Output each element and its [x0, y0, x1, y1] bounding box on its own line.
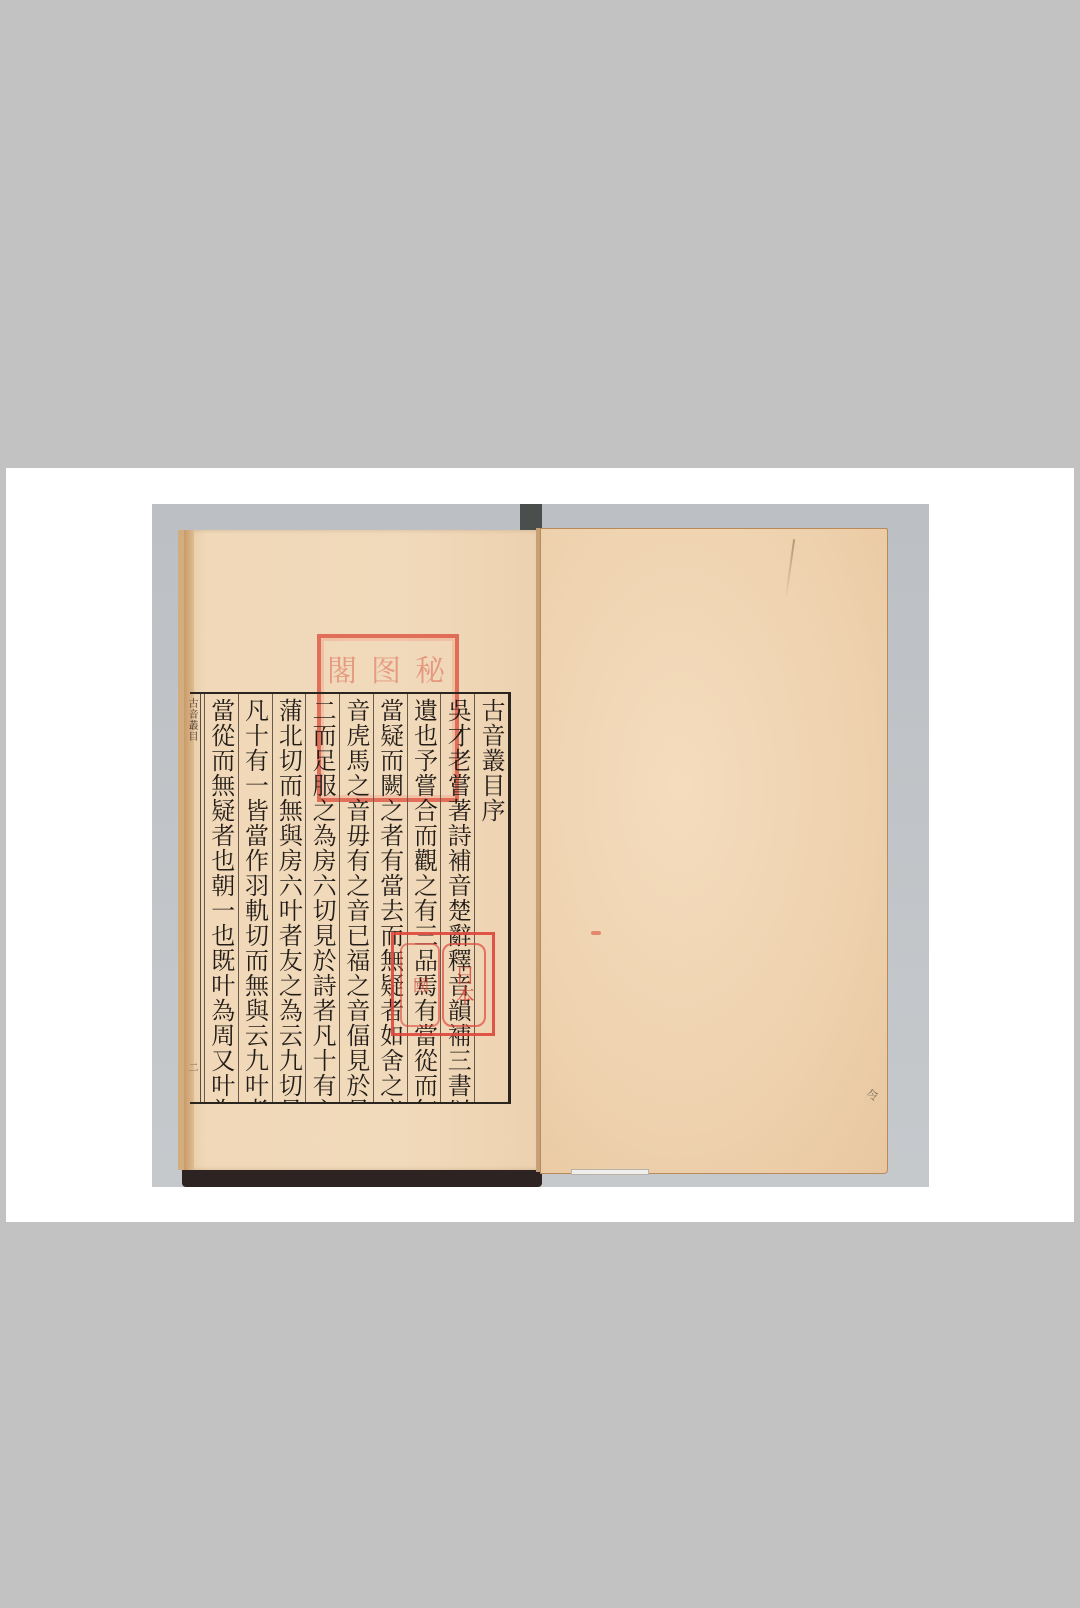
- text-column: 吳才老嘗著詩補音楚辭釋音韻補三書以見古音之: [440, 694, 474, 1102]
- paper-crease: [785, 539, 795, 599]
- right-page-blank: 令: [540, 528, 888, 1174]
- red-ink-speck: [591, 931, 601, 935]
- spine-shadow: [520, 504, 542, 530]
- margin-title: 古音叢目: [184, 698, 199, 742]
- text-column: 遺也予嘗合而觀之有三品焉有當從而無疑者有: [407, 694, 441, 1102]
- text-column: 音虎馬之音毋有之音已福之音偪見於易象不一: [339, 694, 373, 1102]
- text-column: 蒲北切而無與房六叶者友之為云九切見於詩者: [272, 694, 306, 1102]
- seal-glyph: 图: [371, 646, 401, 690]
- seal-glyph: 秘: [415, 646, 445, 690]
- left-page: 閣 图 秘 古音叢目 二 古音叢目序 吳才老嘗著詩補音楚辭釋音韻補三書以見古音之…: [178, 530, 542, 1170]
- corner-mark: 令: [864, 1089, 881, 1101]
- printed-text-block: 古音叢目 二 古音叢目序 吳才老嘗著詩補音楚辭釋音韻補三書以見古音之 遺也予嘗合…: [190, 692, 511, 1104]
- seal-left-panel: 國: [400, 943, 440, 1027]
- text-column: 凡十有一皆當作羽軌切而無與云九叶者此類: [238, 694, 272, 1102]
- text-column: 當疑而闕之者有當去而無疑者如舍之音署下之: [373, 694, 407, 1102]
- text-column-title: 古音叢目序: [474, 694, 508, 1102]
- block-margin-center: 古音叢目 二: [186, 694, 201, 1102]
- book-photograph: 閣 图 秘 古音叢目 二 古音叢目序 吳才老嘗著詩補音楚辭釋音韻補三書以見古音之…: [152, 504, 929, 1187]
- text-column: 當從而無疑者也朝一也既叶為周又叶為署為除: [204, 694, 238, 1102]
- text-column: 二而足服之為房六切見於詩者凡十有六皆當為: [305, 694, 339, 1102]
- bottom-red-seal: 日本 國: [391, 932, 495, 1036]
- text-columns: 古音叢目序 吳才老嘗著詩補音楚辭釋音韻補三書以見古音之 遺也予嘗合而觀之有三品焉…: [204, 694, 508, 1102]
- margin-page-number: 二: [184, 1062, 199, 1072]
- seal-glyph: 閣: [327, 646, 357, 690]
- seal-right-panel: 日本: [442, 943, 486, 1027]
- paper-slip: [571, 1169, 649, 1175]
